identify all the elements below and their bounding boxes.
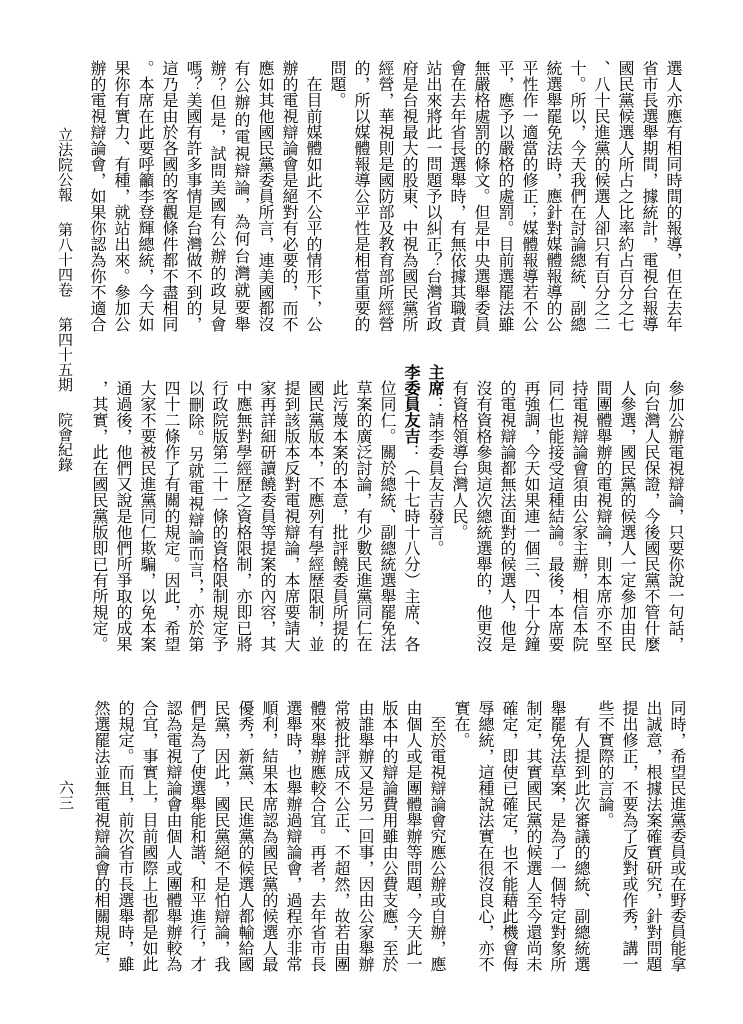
text-column: 由個人或是團體舉辦等問題，今天此一 xyxy=(401,700,425,972)
text-column: 辱總統，這種說法實在很沒良心，亦不 xyxy=(473,700,497,972)
text-column: 草案的廣泛討論，有少數民進黨同仁在 xyxy=(351,380,375,652)
text-column: 這乃是由於各國的客觀條件都不盡相同 xyxy=(157,60,181,332)
text-column: 沒有資格參與這次總統選舉的，他更沒 xyxy=(471,380,495,652)
text-column: 舉罷免法草案，是為了一個特定對象所 xyxy=(545,700,569,972)
text-column: 常被批評成不公正、不超然，故若由團 xyxy=(329,700,353,972)
text-column: 認為電視辯論會由個人或團體舉辦較為 xyxy=(161,700,185,972)
speaker-name: 主席 xyxy=(426,364,445,396)
text-column: 的規定。而且，前次省市長選舉時，雖 xyxy=(113,700,137,972)
text-column: 平，應予以嚴格的處罰。目前選罷法雖 xyxy=(493,60,517,332)
speech-text: ：請李委員友吉發言。 xyxy=(426,396,445,556)
text-column: 的，所以媒體報導公平性是相當重要的 xyxy=(349,60,373,332)
text-column: 行政院版第二十一條的資格限制規定予 xyxy=(207,380,231,652)
paragraph-start-column: 至於電視辯論會究應公辦或自辦，應 xyxy=(425,700,449,972)
text-column: 制定，其實國民黨的候選人至今還尚未 xyxy=(521,700,545,972)
gazette-page: 立法院公報 第八十四卷 第四十五期 院會紀錄 六三 選人亦應有相同時間的報導，但… xyxy=(0,0,743,1024)
text-column: 同仁也能接受這種結論。最後，本席要 xyxy=(543,380,567,652)
publication-title: 立法院公報 xyxy=(57,127,73,202)
speaker-line-legislator: 李委員友吉：（十七時十八分）主席、各 xyxy=(399,364,423,652)
paragraph-end-column: 實在。 xyxy=(449,700,473,972)
text-column: 由誰舉辦又是另一回事，因由公家舉辦 xyxy=(353,700,377,972)
section-name: 院會紀錄 xyxy=(57,412,73,472)
text-column: 然選罷法並無電視辯論會的相關規定， xyxy=(89,700,113,972)
text-column: 提到該版本反對電視辯論，本席要請大 xyxy=(279,380,303,652)
speech-text: ：（十七時十八分）主席、各 xyxy=(402,444,421,652)
volume-number: 第八十四卷 xyxy=(57,222,73,297)
running-header: 立法院公報 第八十四卷 第四十五期 院會紀錄 xyxy=(57,127,73,472)
text-column: 選舉時，也舉辦過辯論會，過程亦非常 xyxy=(281,700,305,972)
text-column: 站出來將此一問題予以糾正？台灣省政 xyxy=(421,60,445,332)
paragraph-end-column: 問題。 xyxy=(325,60,349,332)
text-column: 出誠意，根據法案確實研究，針對問題 xyxy=(641,700,665,972)
paragraph-end-column: 些不實際的言論。 xyxy=(593,700,617,972)
text-column: 。本席在此要呼籲李登輝總統，今天如 xyxy=(133,60,157,332)
text-column: 四十二條作了有關的規定。因此，希望 xyxy=(159,380,183,652)
page-number: 六三 xyxy=(58,780,74,810)
text-column: 省市長選舉期間，據統計，電視台報導 xyxy=(637,60,661,332)
text-column: 平性作一適當的修正；媒體報導若不公 xyxy=(517,60,541,332)
text-column: 優秀，新黨、民進黨的候選人都輸給國 xyxy=(233,700,257,972)
text-column: 順利，結果本席認為國民黨的候選人最 xyxy=(257,700,281,972)
text-column: 合宜，事實上，目前國際上也都是如此 xyxy=(137,700,161,972)
text-column: 會在去年省長選舉時，有無依據其職責 xyxy=(445,60,469,332)
speaker-line-chair: 主席：請李委員友吉發言。 xyxy=(423,364,447,652)
text-column: 持電視辯論會須由公家主辦，相信本院 xyxy=(567,380,591,652)
paragraph-start-column: 有人提到此次審議的總統、副總統選 xyxy=(569,700,593,972)
text-column: 應如其他國民黨委員所言，連美國都沒 xyxy=(253,60,277,332)
text-column: 人參選，國民黨的候選人一定參加由民 xyxy=(615,380,639,652)
paragraph-end-column: 有資格領導台灣人民。 xyxy=(447,380,471,652)
text-column: 的電視辯論都無法面對的候選人，他是 xyxy=(495,380,519,652)
text-column: 國民黨版本，不應列有學經歷限制，並 xyxy=(303,380,327,652)
text-column: 通過後，他們又說是他們所爭取的成果 xyxy=(111,380,135,652)
text-column: 們是為了使選舉能和諧、和平進行，才 xyxy=(185,700,209,972)
text-column: 中應無對學經歷之資格限制，亦即已將 xyxy=(231,380,255,652)
text-column: ，其實，此在國民黨版即已有所規定。 xyxy=(87,380,111,652)
text-column: 間團體舉辦的電視辯論，則本席亦不堅 xyxy=(591,380,615,652)
text-band-top: 選人亦應有相同時間的報導，但在去年 省市長選舉期間，據統計，電視台報導 國民黨候… xyxy=(85,60,685,332)
text-band-middle: 參加公辦電視辯論，只要你說一句話， 向台灣人民保證，今後國民黨不管什麼 人參選，… xyxy=(87,380,687,652)
text-column: 此污蔑本案的本意，批評饒委員所提的 xyxy=(327,380,351,652)
text-column: 統選舉罷免法時，應針對媒體報導的公 xyxy=(541,60,565,332)
text-column: 民黨，因此，國民黨絕不是怕辯論，我 xyxy=(209,700,233,972)
text-column: 位同仁。關於總統、副總統選舉罷免法 xyxy=(375,380,399,652)
text-column: 大家不要被民進黨同仁欺騙，以免本案 xyxy=(135,380,159,652)
text-column: 家再詳細研讀饒委員等提案的內容，其 xyxy=(255,380,279,652)
text-column: 十。所以，今天我們在討論總統、副總 xyxy=(565,60,589,332)
text-column: 選人亦應有相同時間的報導，但在去年 xyxy=(661,60,685,332)
text-column: 、八十民進黨的候選人卻只有百分之二 xyxy=(589,60,613,332)
text-column: 再強調，今天如果連一個三、四十分鐘 xyxy=(519,380,543,652)
paragraph-start-column: 在目前媒體如此不公平的情形下，公 xyxy=(301,60,325,332)
text-band-bottom: 同時，希望民進黨委員或在野委員能拿 出誠意，根據法案確實研究，針對問題 提出修正… xyxy=(89,700,689,972)
issue-number: 第四十五期 xyxy=(57,317,73,392)
text-column: 體來舉辦應較合宜。再者，去年省市長 xyxy=(305,700,329,972)
text-column: 嗎？美國有許多事情是台灣做不到的， xyxy=(181,60,205,332)
text-column: 以刪除。另就電視辯論而言，，亦於第 xyxy=(183,380,207,652)
text-column: 參加公辦電視辯論，只要你說一句話， xyxy=(663,380,687,652)
text-column: 無嚴格處罰的條文。但是中央選舉委員 xyxy=(469,60,493,332)
text-column: 有公辦的電視辯論，為何台灣就要舉 xyxy=(229,60,253,332)
text-column: 果你有實力、有種，就站出來。參加公 xyxy=(109,60,133,332)
text-column: 提出修正，不要為了反對或作秀，講一 xyxy=(617,700,641,972)
text-column: 版本中的辯論費用雖由公費支應，至於 xyxy=(377,700,401,972)
text-column: 確定，即使已確定，也不能藉此機會侮 xyxy=(497,700,521,972)
speaker-name: 李委員友吉 xyxy=(402,364,421,444)
text-column: 經營，華視則是國防部及教育部所經營 xyxy=(373,60,397,332)
text-column: 辦的電視辯論會，如果你認為你不適合 xyxy=(85,60,109,332)
text-column: 國民黨候選人所占之比率約占百分之七 xyxy=(613,60,637,332)
text-column: 向台灣人民保證，今後國民黨不管什麼 xyxy=(639,380,663,652)
text-column: 同時，希望民進黨委員或在野委員能拿 xyxy=(665,700,689,972)
text-column: 辦的電視辯論會是絕對有必要的，而不 xyxy=(277,60,301,332)
text-column: 辦？但是，試問美國有公辦的政見會 xyxy=(205,60,229,332)
text-column: 府是台視最大的股東、中視為國民黨所 xyxy=(397,60,421,332)
